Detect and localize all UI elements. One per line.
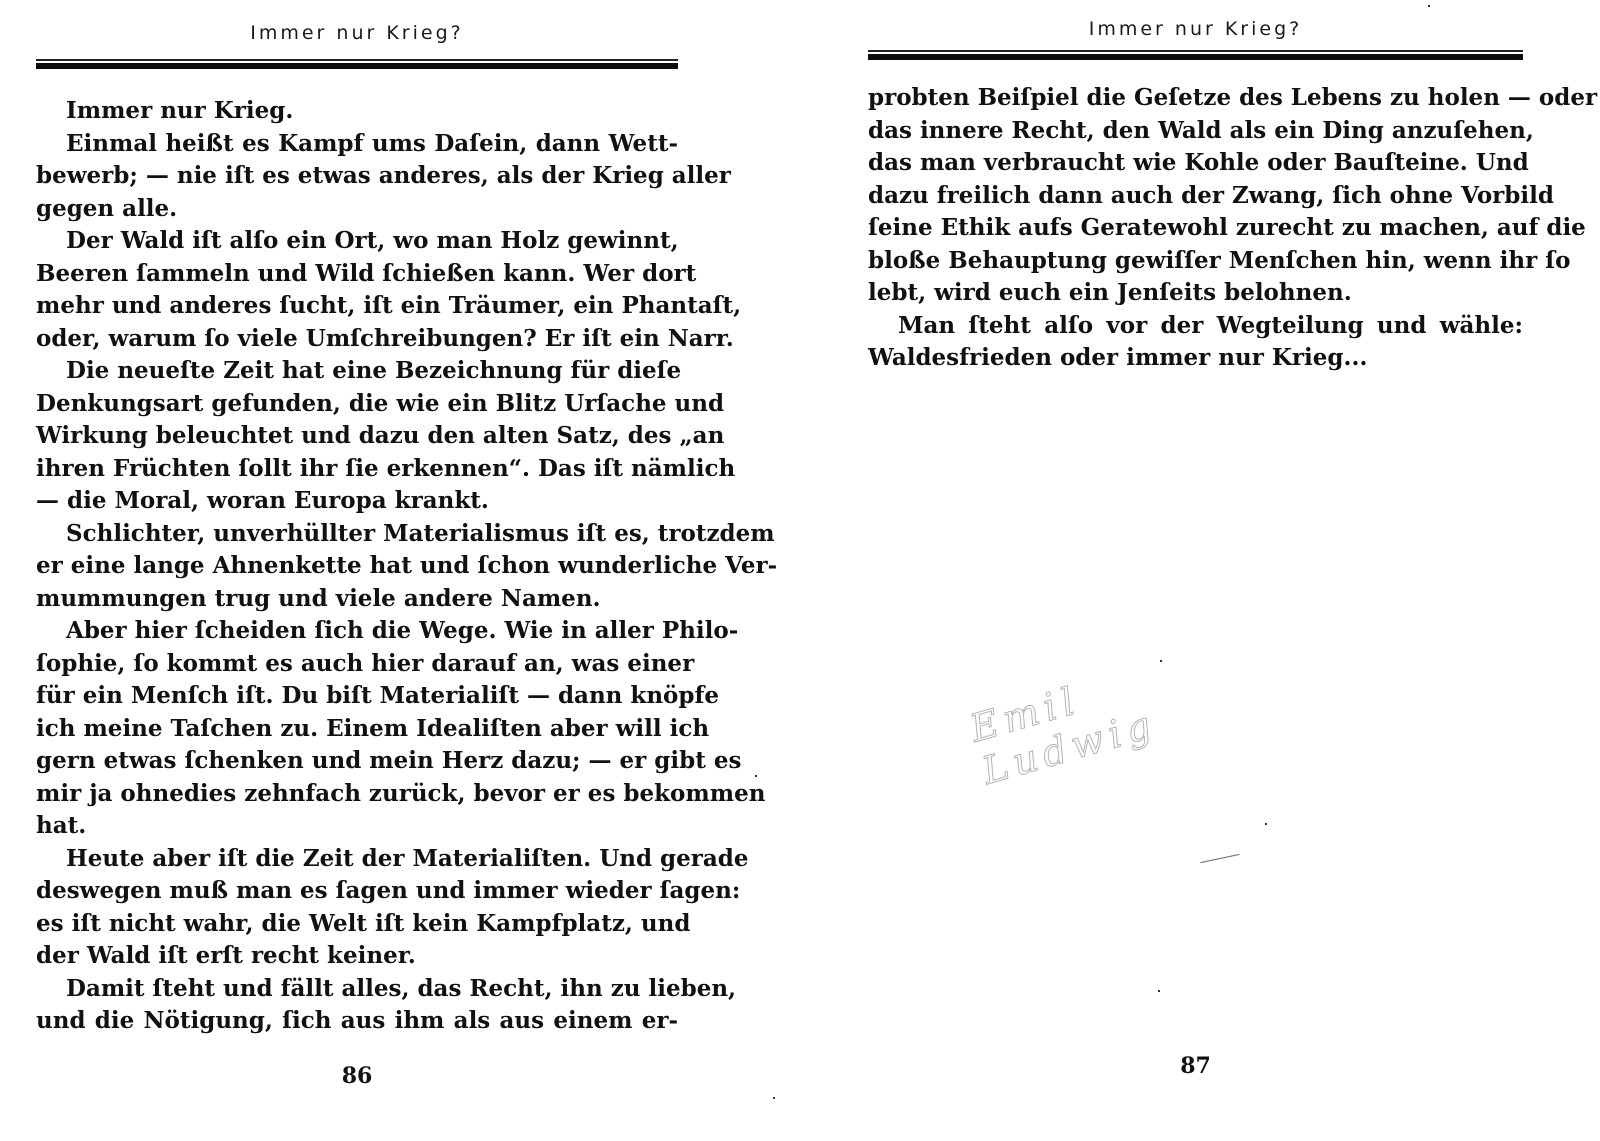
text-line: für ein Menſch iſt. Du biſt Materialiſt …: [36, 680, 678, 713]
text-line: gern etwas ſchenken und mein Herz dazu; …: [36, 745, 678, 778]
text-line: gegen alle.: [36, 193, 678, 226]
scan-speck: [1158, 990, 1160, 992]
right-page: Immer nur Krieg? probten Beiſpiel die Ge…: [868, 0, 1523, 1141]
text-line: Schlichter, unverhüllter Materialismus i…: [36, 518, 678, 551]
header-rule-thin: [36, 59, 678, 61]
text-line: Die neueſte Zeit hat eine Bezeichnung fü…: [36, 355, 678, 388]
scan-speck: [1160, 660, 1162, 662]
text-line: das man verbraucht wie Kohle oder Bauſte…: [868, 147, 1523, 180]
scan-speck: [1428, 5, 1430, 7]
scan-speck: [755, 775, 757, 777]
text-line: lebt, wird euch ein Jenſeits belohnen.: [868, 277, 1523, 310]
text-line: Waldesfrieden oder immer nur Krieg...: [868, 342, 1523, 375]
text-line: Immer nur Krieg.: [36, 95, 678, 128]
header-rule: [868, 50, 1523, 60]
scan-speck: [773, 1097, 775, 1099]
header-rule-thick: [36, 63, 678, 69]
header-rule-thick: [868, 54, 1523, 60]
text-line: der Wald iſt erſt recht keiner.: [36, 940, 678, 973]
left-page: Immer nur Krieg? Immer nur Krieg.Einmal …: [36, 0, 678, 1141]
header-rule-thin: [868, 50, 1523, 52]
running-head: Immer nur Krieg?: [36, 22, 678, 44]
text-line: Heute aber iſt die Zeit der Materialiſte…: [36, 843, 678, 876]
text-line: ihren Früchten ſollt ihr ſie erkennen“. …: [36, 453, 678, 486]
text-line: — die Moral, woran Europa krankt.: [36, 485, 678, 518]
text-line: mir ja ohnedies zehnfach zurück, bevor e…: [36, 778, 678, 811]
text-line: ſeine Ethik aufs Geratewohl zurecht zu m…: [868, 212, 1523, 245]
text-line: Der Wald iſt alſo ein Ort, wo man Holz g…: [36, 225, 678, 258]
text-line: bewerb; — nie iſt es etwas anderes, als …: [36, 160, 678, 193]
body-text: Immer nur Krieg.Einmal heißt es Kampf um…: [36, 95, 678, 1038]
text-line: bloße Behauptung gewiſſer Menſchen hin, …: [868, 245, 1523, 278]
header-rule: [36, 59, 678, 69]
text-line: hat.: [36, 810, 678, 843]
text-line: oder, warum ſo viele Umſchreibungen? Er …: [36, 323, 678, 356]
text-line: mehr und anderes ſucht, iſt ein Träumer,…: [36, 290, 678, 323]
scan-speck: [1265, 823, 1267, 825]
text-line: Beeren ſammeln und Wild ſchießen kann. W…: [36, 258, 678, 291]
page-number: 86: [36, 1063, 678, 1089]
text-line: Aber hier ſcheiden ſich die Wege. Wie in…: [36, 615, 678, 648]
body-text: probten Beiſpiel die Geſetze des Lebens …: [868, 82, 1523, 375]
text-line: er eine lange Ahnenkette hat und ſchon w…: [36, 550, 678, 583]
text-line: das innere Recht, den Wald als ein Ding …: [868, 115, 1523, 148]
text-line: und die Nötigung, ſich aus ihm als aus e…: [36, 1005, 678, 1038]
text-line: ſophie, ſo kommt es auch hier darauf an,…: [36, 648, 678, 681]
text-line: probten Beiſpiel die Geſetze des Lebens …: [868, 82, 1523, 115]
text-line: ich meine Taſchen zu. Einem Idealiſten a…: [36, 713, 678, 746]
page-number: 87: [868, 1053, 1523, 1079]
text-line: Einmal heißt es Kampf ums Daſein, dann W…: [36, 128, 678, 161]
text-line: Damit ſteht und fällt alles, das Recht, …: [36, 973, 678, 1006]
text-line: Wirkung beleuchtet und dazu den alten Sa…: [36, 420, 678, 453]
text-line: dazu freilich dann auch der Zwang, ſich …: [868, 180, 1523, 213]
text-line: es iſt nicht wahr, die Welt iſt kein Kam…: [36, 908, 678, 941]
text-line: mummungen trug und viele andere Namen.: [36, 583, 678, 616]
text-line: Denkungsart gefunden, die wie ein Blitz …: [36, 388, 678, 421]
running-head: Immer nur Krieg?: [868, 18, 1523, 40]
text-line: Man ſteht alſo vor der Wegteilung und wä…: [868, 310, 1523, 343]
text-line: deswegen muß man es ſagen und immer wied…: [36, 875, 678, 908]
